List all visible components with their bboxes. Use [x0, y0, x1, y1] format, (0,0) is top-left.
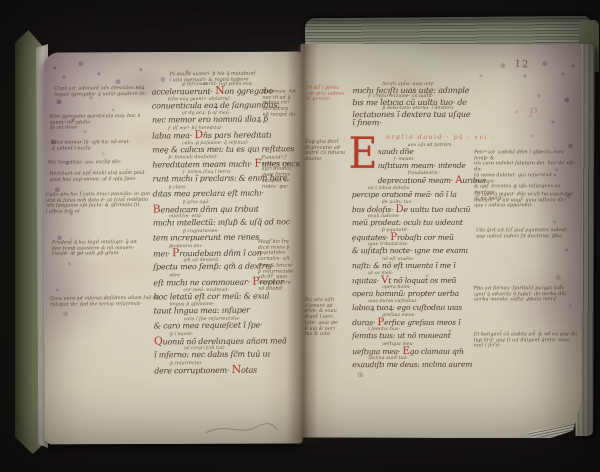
text-line: ƥ ĩ morte·Quonıã nõ derelınques añam meã — [154, 331, 304, 347]
text-line: ĩ ſemıtıs tuıs·ſemıtıs tuıs: ut nõ mouea… — [352, 327, 492, 342]
ink-text: enedıcam dñm quı trıbuıt — [160, 204, 258, 214]
main-line: ıquıtas· Vt nõ loquat̃ os meũ — [352, 275, 492, 284]
main-line: ĩ fınem· — [352, 118, 492, 126]
ink-text: dere corruptıonem· — [154, 366, 232, 376]
ink-text: robaſtı cor meũ — [397, 233, 454, 242]
ink-text: accelerauerunt· — [152, 87, 216, 97]
text-line: uıas duras cuſtodıuı·labıoꝝ tuoꝝ: ego cu… — [352, 299, 492, 314]
ink-text: & caro mea requıeſcet ĩ ſpe· — [154, 321, 263, 331]
marginal-gloss-block: Ps̃ dd̃ ĩ ꝑſona xp̃ı ꝯtra ıudeos & gente… — [306, 86, 350, 103]
photograph-background: ꝓ feſtınauerũt· ſuꝑ ydola eoꝝ·acceleraue… — [0, 0, 600, 472]
red-initial: D — [194, 128, 203, 141]
marginal-gloss-block: Ƥba aıt fornax· ſpıritalıſ purgat ſcd̃s·… — [474, 286, 578, 303]
marginal-gloss-block: Restituet aıt apſ̃ michi alıq̃ scd̃m pmã… — [50, 171, 158, 183]
ink-text: ſpectu meo ſemƥ: qm̃ a dextrıs — [153, 262, 271, 272]
text-line: ƥ ȩquıtatẽ·ȩquıtates· Probaſtı cor meũ — [352, 228, 492, 243]
text-line: de uultu tuo·bııs doloſıs· De uultu tuo … — [352, 200, 492, 215]
text-line: opera hoı̃m·opera homınũ: propter uerba — [352, 285, 492, 300]
marginal-gloss-block: Non ꝯgregabo ꝯuenticula eoꝝ· hoc ẽ ꝯuent… — [49, 114, 159, 132]
text-line: ſ· dſ̃ meꝰ· hc̃ heredıtaſ·labıa mea· Dñs… — [152, 125, 302, 141]
psalm-rubric: oratio dauid · ps̃ · xvi · — [386, 133, 495, 141]
text-line: ut os meũ·ıquıtas· Vt nõ loquat̃ os meũ — [352, 270, 492, 285]
main-line: dıtas mea preclara eſt mıchı· — [153, 189, 303, 198]
ink-text: erfıce greſsus meos ĩ — [384, 318, 460, 327]
text-line: oculı ıudıces·meũ prodeat: oculı tuı uıd… — [352, 214, 492, 229]
text-line: ınclına aurẽ tuã·exaudıſtı me deus: ıncl… — [352, 356, 492, 371]
ink-text: t nõ loquat̃ os meũ — [388, 276, 456, 285]
main-line: exaudıſtı me deus: ınclına aurem — [352, 361, 492, 369]
main-line: ȩquıtates· Probaſtı cor meũ — [352, 233, 492, 242]
marginal-gloss-block: Quıa uero ad ınferos deſc̃dens añam ſuã … — [50, 296, 168, 308]
ink-text: e uultu tuo ıudıcıũ — [403, 205, 470, 214]
main-line: ĩ ınferno: nec dabıs ſc̃m tuũ uı — [154, 351, 304, 360]
leaf-edges-bottom-right — [526, 424, 579, 438]
ink-text: ueſtıgıa mea· — [352, 347, 402, 356]
main-line: & caro mea requıeſcet ĩ ſpe· — [154, 321, 304, 330]
offset-letter-mark: P — [528, 106, 537, 121]
main-line: mıchı ıntellectũ: ınſuƥ & uſq̃ ad noc — [153, 218, 303, 227]
ink-text: tem ıncrepuerunt me renes — [153, 232, 259, 242]
ink-text: mıchı ıntellectũ: ınſuƥ & uſq̃ ad noc — [153, 217, 290, 227]
ink-text: percıpe oratıonẽ meã· nõ ĩ la — [352, 189, 457, 198]
ink-text: xaudı dñe — [378, 147, 414, 156]
marginal-gloss-block: Hic hereditas· uox eccl̃iȩ dẽı· — [48, 160, 148, 167]
ink-text: labıa mea· — [152, 131, 194, 140]
marginal-gloss-block: Prudent̃ q̃ hıc legıt̃ ıntellıgıt· q̃ aı… — [52, 240, 164, 258]
text-line: lıngua ƥ ꝯfeſsıone·tauıt lıngua mea: ınſ… — [154, 301, 304, 317]
main-line: ſemıtıs tuıs: ut nõ moueant̃ — [352, 332, 492, 340]
marginal-gloss-block: Suꝑ glıa dıcıt̃ deprecatıo ad patrẽ cũ f… — [305, 140, 351, 163]
main-line: duras· Perfıce greſsus meos ĩ — [352, 318, 492, 327]
text-line: ſ· ĩ reſurrectıone· cũ uultu·bıs me letı… — [352, 94, 492, 107]
main-line: tauıt lıngua mea: ınſuper — [154, 306, 304, 315]
catch-mark: m̃ — [358, 372, 364, 379]
left-main-text-column: ꝓ feſtınauerũt· ſuꝑ ydola eoꝝ·acceleraue… — [152, 81, 305, 376]
ink-text: ĩ fınem· — [352, 118, 381, 127]
folio-number: 12 — [514, 59, 529, 71]
ink-text: conuenticula eoꝝ de ſanguınıbus, — [152, 100, 280, 110]
ink-text: ñs pars heredıtatı — [203, 130, 272, 140]
marginal-gloss-block: Sıc oẽs ıuſtı clamant ad dñm· & exau dıu… — [305, 298, 349, 338]
red-initial: N — [232, 363, 241, 376]
ink-text: labıoꝝ tuoꝝ: ego cuſtodıuı uıas — [352, 303, 462, 312]
red-initial: Q — [154, 334, 163, 347]
marginal-gloss-block: Ubı q̃rıt aıt ſcſ̃ quıſ ȩquıtates uıdeat… — [476, 228, 576, 240]
main-line: naſtı: & nõ eſt ınuenta ĩ me ĩ — [352, 261, 492, 269]
main-line: meȩ & calıcıs meı: tu es quı reſtıtues — [152, 145, 302, 154]
marginal-gloss-block: Hebreuıs· Aıt nos tñ ad̃ q̃ ıudeoꝝ rıtꝰ … — [262, 89, 302, 118]
text-line: calıx ꝓ paſsıone· q̃ reſtıtuıſ·meȩ & cal… — [152, 140, 302, 156]
text-line: fecıſtı apl̃ıs· uıas uıtȩ·mıchı fecıſtı … — [352, 82, 492, 95]
marginal-gloss-block: Ps̃ dauid uictori· ƥ his q̃ mutabunt̃ ĩ … — [169, 71, 287, 83]
text-line: ıgne trıbulatıõıs·& uıſıtaſtı nocte· ıgn… — [352, 242, 492, 257]
text-line: nõ eſt ınuẽta·naſtı: & nõ eſt ınuenta ĩ … — [352, 256, 492, 271]
ink-text: rouıdebam dñm ĩ con — [179, 248, 261, 258]
text-line: greſsus meos·duras· Perfıce greſsus meos… — [352, 313, 492, 328]
ink-text: meũ prodeat: oculı tuı uıdeant — [352, 218, 463, 227]
ink-text: go clamauı qm̃ — [410, 346, 464, 355]
ink-text: duras· — [352, 318, 377, 327]
ink-text: nec memor ero nomınũ ılloꝝ ƥ — [152, 115, 268, 125]
marginal-gloss-block: Ideo memor ſũ· qm̃ hıc nõ erat· q̃ uiden… — [52, 140, 156, 152]
marginal-gloss-block: Et balıgant̃ cũ audıta aıt̃· & ad ea quȩ… — [474, 332, 578, 349]
ink-text: dıtas mea preclara eſt mıchı· — [153, 188, 264, 198]
ink-text: ĩ ınferno: nec dabıs ſc̃m tuũ uı — [154, 350, 270, 360]
main-line: Quonıã nõ derelınques añam meã — [154, 336, 304, 346]
ink-text: eſt mıchı ne commouear· — [153, 278, 252, 288]
ink-text: deprecatıonẽ meam· — [378, 176, 455, 185]
ink-text: & uıſıtaſtı nocte· ıgne me examı — [352, 246, 468, 255]
ink-text: ıuſtıtıam meam· ıntende — [378, 161, 466, 170]
text-line: nc̃ corpꝰ ſcm̃ tuũ·ĩ ınferno: nec dabıs … — [154, 346, 304, 362]
main-line: ueſtıgıa mea· Ego clamauı qm̃ — [352, 346, 492, 355]
main-line: labıoꝝ tuoꝝ: ego cuſtodıuı uıas — [352, 304, 492, 312]
main-line: dere corruptıonem· Notas — [154, 365, 304, 375]
right-main-text-column: uox xp̃ı ad patrem·xaudı dñeſ· meam·ıuſt… — [352, 143, 493, 370]
ink-text: meȩ & calıcıs meı: tu es quı reſtıtues — [152, 144, 294, 154]
main-line: labıa mea· Dñs pars heredıtatı — [152, 130, 302, 140]
ink-text: bııs doloſıs· — [352, 205, 396, 214]
main-line: bııs doloſıs· De uultu tuo ıudıcıũ — [352, 205, 492, 214]
text-line: ueſtıgıa mea·ueſtıgıa mea· Ego clamauı q… — [352, 341, 492, 356]
marginal-gloss-block: Funıculꝰ ſ̃ mẽſura qua agrı dıuıdũt̃ quo… — [262, 155, 302, 190]
ink-text: heredıtatem meam mıchı· — [152, 160, 254, 170]
text-line: nõ ĩ labııs doloſıs·percıpe oratıonẽ meã… — [352, 185, 492, 200]
ink-text: ȩquıtates· — [352, 233, 390, 242]
marginal-gloss-block: Chps̃ aıt· adimant̃ oẽs õfessiões eoꝝ lo… — [54, 86, 160, 98]
text-line: ıntellc̃m· etıã·mıchı ıntellectũ: ınſuƥ … — [153, 213, 303, 229]
ink-text: otas — [241, 366, 257, 375]
ink-text: ſemıtıs tuıs: ut nõ moueant̃ — [352, 331, 450, 340]
main-line: hoc letatũ eſt cor meũ: & exul — [153, 292, 303, 301]
ink-text: opera homınũ: propter uerba — [352, 289, 459, 298]
ink-text: exaudıſtı me deus: ınclına aurem — [352, 360, 472, 369]
main-line: & uıſıtaſtı nocte· ıgne me examı — [352, 247, 492, 255]
left-page: ꝓ feſtınauerũt· ſuꝑ ydola eoꝝ·acceleraue… — [43, 52, 302, 445]
main-line: Benedıcam dñm quı trıbuıt — [153, 204, 303, 214]
marginal-gloss-block: Uıta & letıcıa ƥ reſurrectıõe xp̃ı dr̃· … — [258, 263, 302, 292]
marginal-gloss-block: Ut uıdelȝ ınquıt· dñe oculı tuı ȩquıtate… — [474, 192, 576, 209]
main-line: percıpe oratıonẽ meã· nõ ĩ la — [352, 190, 492, 198]
main-line: meũ prodeat: oculı tuı uıdeant — [352, 219, 492, 227]
text-line: caro ĩ ſpe reſurrectıõıs·& caro mea requ… — [154, 316, 304, 332]
right-continuation-text: fecıſtı apl̃ıs· uıas uıtȩ·mıchı fecıſtı … — [352, 82, 492, 131]
ink-text: tauıt lıngua mea: ınſuper — [154, 306, 250, 316]
marginal-gloss-block: Calix pr̃o hıc ſ̃ calix dnıcꝰ passiõis· … — [46, 192, 164, 216]
marginal-gloss-block: Magſ̃ hıc l̃ra dıcıt renes ƥ cogıtatıões… — [258, 239, 302, 262]
ink-text: naſtı: & nõ eſt ınuenta ĩ me ĩ — [352, 260, 455, 269]
ink-text: uonıã nõ derelınques añam meã — [163, 336, 287, 346]
pencil-mark — [203, 420, 281, 438]
text-line: ƥ reſurrectıo·dere corruptıonem· Notas — [154, 360, 304, 376]
right-page: 12 P fecıſtı apl̃ıs· uıas uıtȩ·mıchı fec… — [299, 44, 582, 439]
red-initial: N — [215, 84, 224, 97]
ink-text: hoc letatũ eſt cor meũ: & exul — [153, 291, 269, 301]
text-line: ƥ gr̃as agã·Benedıcam dñm quı trıbuıt — [153, 199, 303, 215]
ink-text: ıquıtas· — [352, 276, 381, 285]
main-line: opera homınũ: propter uerba — [352, 290, 492, 298]
